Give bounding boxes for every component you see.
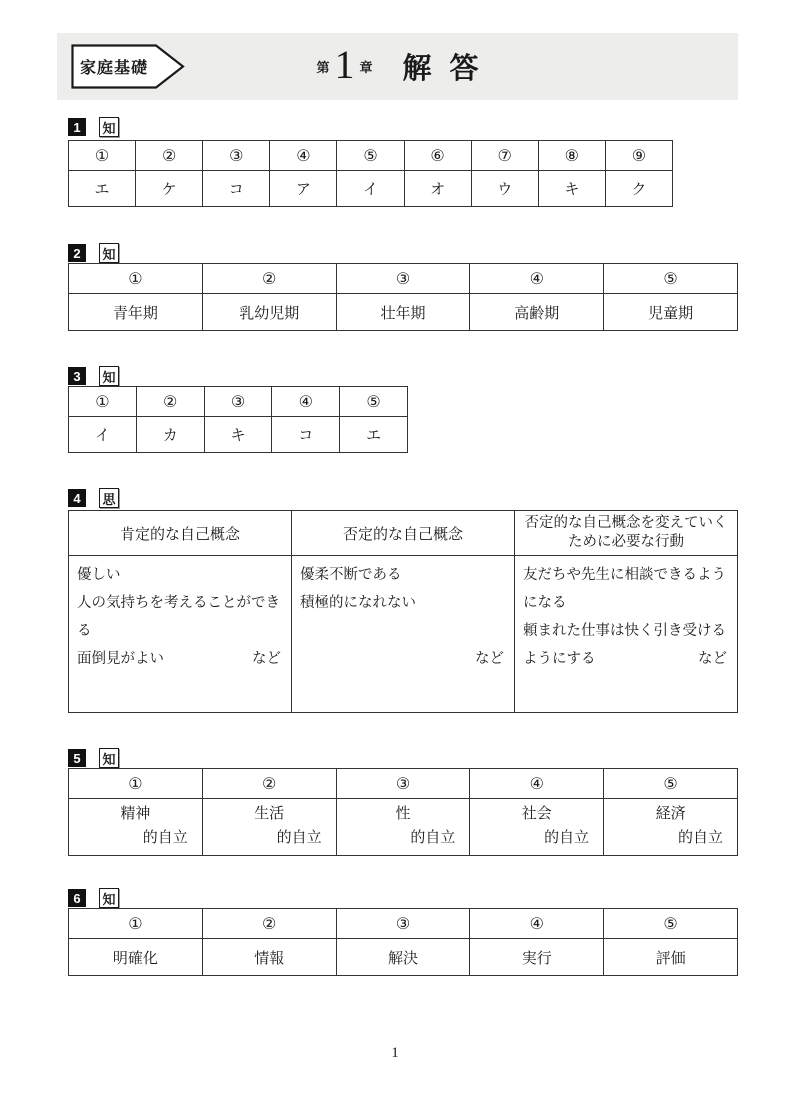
answer-line-text: 面倒見がよい (77, 645, 164, 673)
answer-suffix: 的自立 (217, 826, 322, 850)
section-1-label: 1 知 (68, 117, 119, 137)
table-3-header-row: ① ② ③ ④ ⑤ (69, 387, 408, 417)
answer-table-5: ① ② ③ ④ ⑤ 精神 的自立 生活 的自立 性 的自立 社会 的自立 (68, 768, 738, 856)
table-5-header-row: ① ② ③ ④ ⑤ (69, 769, 738, 799)
section-2-number: 2 (68, 244, 86, 262)
header-cell-negative-concept: 否定的な自己概念 (292, 511, 515, 556)
chapter-prefix: 第 (316, 57, 329, 76)
answer-cell: ア (270, 171, 337, 207)
answer-suffix: 的自立 (351, 826, 456, 850)
answer-cell: エ (340, 417, 408, 453)
answer-cell: カ (136, 417, 204, 453)
answer-cell: 青年期 (69, 294, 203, 331)
header-cell: ④ (272, 387, 340, 417)
answer-cell: 経済 的自立 (604, 799, 738, 856)
answer-cell: イ (69, 417, 137, 453)
section-6-number: 6 (68, 889, 86, 907)
header-cell: ② (202, 264, 336, 294)
answer-cell: ケ (136, 171, 203, 207)
answer-cell: コ (203, 171, 270, 207)
header-cell: ③ (204, 387, 272, 417)
header-action-line-1: 否定的な自己概念を変えていく (515, 514, 737, 533)
answer-cell: オ (404, 171, 471, 207)
header-cell: ⑥ (404, 141, 471, 171)
answer-word: 生活 (217, 802, 322, 826)
answer-line: 面倒見がよい など (77, 645, 283, 673)
answer-cell: コ (272, 417, 340, 453)
header-cell: ② (202, 769, 336, 799)
header-cell: ① (69, 387, 137, 417)
answer-cell: 評価 (604, 939, 738, 976)
answer-table-3: ① ② ③ ④ ⑤ イ カ キ コ エ (68, 386, 408, 453)
header-cell: ⑤ (604, 769, 738, 799)
section-5-number: 5 (68, 749, 86, 767)
header-cell: ① (69, 264, 203, 294)
section-4-label: 4 思 (68, 488, 119, 508)
section-2-tag: 知 (99, 243, 119, 263)
header-cell: ⑤ (604, 264, 738, 294)
answer-cell: ク (605, 171, 672, 207)
etc-label: など (698, 645, 729, 673)
header-cell: ③ (336, 264, 470, 294)
answer-word: 社会 (484, 802, 589, 826)
header-cell-action: 否定的な自己概念を変えていく ために必要な行動 (515, 511, 738, 556)
answer-word: 性 (351, 802, 456, 826)
header-cell: ⑤ (337, 141, 404, 171)
answer-cell: 乳幼児期 (202, 294, 336, 331)
header-cell: ⑦ (471, 141, 538, 171)
page-number: 1 (0, 1045, 790, 1062)
header-cell: ③ (336, 909, 470, 939)
answer-line: 優しい (77, 561, 283, 589)
chapter-heading: 第 1 章 解答 (57, 33, 738, 100)
answer-line (300, 617, 506, 645)
section-3-tag: 知 (99, 366, 119, 386)
answer-word: 経済 (618, 802, 723, 826)
header-band: 家庭基礎 第 1 章 解答 (57, 33, 738, 100)
section-6-tag: 知 (99, 888, 119, 908)
section-2-label: 2 知 (68, 243, 119, 263)
header-cell: ⑧ (538, 141, 605, 171)
answer-cell: ウ (471, 171, 538, 207)
answer-cell: 壮年期 (336, 294, 470, 331)
answer-line: 友だちや先生に相談できるよう (523, 561, 729, 589)
table-3-answer-row: イ カ キ コ エ (69, 417, 408, 453)
answer-suffix: 的自立 (484, 826, 589, 850)
answer-line: ようにする など (523, 645, 729, 673)
answer-cell: 高齢期 (470, 294, 604, 331)
answer-line-text: ようにする (523, 645, 596, 673)
answer-suffix: 的自立 (618, 826, 723, 850)
answer-cell: 生活 的自立 (202, 799, 336, 856)
etc-label: など (475, 645, 506, 673)
header-cell: ④ (470, 264, 604, 294)
section-5-tag: 知 (99, 748, 119, 768)
header-cell: ④ (470, 769, 604, 799)
header-cell-positive-concept: 肯定的な自己概念 (69, 511, 292, 556)
answer-suffix: 的自立 (83, 826, 188, 850)
answer-line: 人の気持ちを考えることができ (77, 589, 283, 617)
section-6-label: 6 知 (68, 888, 119, 908)
answer-cell: 社会 的自立 (470, 799, 604, 856)
table-2-answer-row: 青年期 乳幼児期 壮年期 高齢期 児童期 (69, 294, 738, 331)
negative-concept-cell: 優柔不断である 積極的になれない など (292, 556, 515, 713)
header-cell: ② (202, 909, 336, 939)
answer-cell: 解決 (336, 939, 470, 976)
answer-cell: イ (337, 171, 404, 207)
table-1-header-row: ① ② ③ ④ ⑤ ⑥ ⑦ ⑧ ⑨ (69, 141, 673, 171)
header-cell: ④ (270, 141, 337, 171)
answer-cell: キ (204, 417, 272, 453)
answer-table-4: 肯定的な自己概念 否定的な自己概念 否定的な自己概念を変えていく ために必要な行… (68, 510, 738, 713)
positive-concept-cell: 優しい 人の気持ちを考えることができ る 面倒見がよい など (69, 556, 292, 713)
header-cell: ⑤ (604, 909, 738, 939)
answer-cell: 情報 (202, 939, 336, 976)
table-5-answer-row: 精神 的自立 生活 的自立 性 的自立 社会 的自立 経済 的自立 (69, 799, 738, 856)
table-1-answer-row: エ ケ コ ア イ オ ウ キ ク (69, 171, 673, 207)
table-6-header-row: ① ② ③ ④ ⑤ (69, 909, 738, 939)
header-cell: ① (69, 909, 203, 939)
answer-line: る (77, 617, 283, 645)
answer-line: など (300, 645, 506, 673)
answer-cell: 精神 的自立 (69, 799, 203, 856)
answer-cell: エ (69, 171, 136, 207)
answer-line: になる (523, 589, 729, 617)
section-3-label: 3 知 (68, 366, 119, 386)
header-cell: ⑤ (340, 387, 408, 417)
header-action-line-2: ために必要な行動 (515, 533, 737, 552)
header-cell: ⑨ (605, 141, 672, 171)
answer-cell: キ (538, 171, 605, 207)
answer-word: 精神 (83, 802, 188, 826)
header-cell: ③ (336, 769, 470, 799)
answer-table-2: ① ② ③ ④ ⑤ 青年期 乳幼児期 壮年期 高齢期 児童期 (68, 263, 738, 331)
answer-cell: 児童期 (604, 294, 738, 331)
header-cell: ② (136, 387, 204, 417)
action-cell: 友だちや先生に相談できるよう になる 頼まれた仕事は快く引き受ける ようにする … (515, 556, 738, 713)
section-4-tag: 思 (99, 488, 119, 508)
answer-table-6: ① ② ③ ④ ⑤ 明確化 情報 解決 実行 評価 (68, 908, 738, 976)
header-cell: ③ (203, 141, 270, 171)
section-4-number: 4 (68, 489, 86, 507)
table-4-header-row: 肯定的な自己概念 否定的な自己概念 否定的な自己概念を変えていく ために必要な行… (69, 511, 738, 556)
answer-line: 頼まれた仕事は快く引き受ける (523, 617, 729, 645)
table-4-answer-row: 優しい 人の気持ちを考えることができ る 面倒見がよい など 優柔不断である 積… (69, 556, 738, 713)
answer-cell: 性 的自立 (336, 799, 470, 856)
etc-label: など (252, 645, 283, 673)
page-title: 解答 (403, 46, 497, 87)
header-cell: ④ (470, 909, 604, 939)
answer-line: 優柔不断である (300, 561, 506, 589)
answer-sheet-page: 家庭基礎 第 1 章 解答 1 知 ① ② ③ ④ ⑤ ⑥ ⑦ ⑧ ⑨ エ ケ … (0, 0, 790, 1117)
chapter-number: 1 (334, 45, 354, 85)
answer-table-1: ① ② ③ ④ ⑤ ⑥ ⑦ ⑧ ⑨ エ ケ コ ア イ オ ウ キ ク (68, 140, 673, 207)
table-6-answer-row: 明確化 情報 解決 実行 評価 (69, 939, 738, 976)
header-cell: ② (136, 141, 203, 171)
header-cell: ① (69, 769, 203, 799)
section-1-number: 1 (68, 118, 86, 136)
header-cell: ① (69, 141, 136, 171)
answer-cell: 明確化 (69, 939, 203, 976)
section-5-label: 5 知 (68, 748, 119, 768)
section-1-tag: 知 (99, 117, 119, 137)
chapter-suffix: 章 (359, 57, 372, 76)
section-3-number: 3 (68, 367, 86, 385)
answer-cell: 実行 (470, 939, 604, 976)
answer-line: 積極的になれない (300, 589, 506, 617)
table-2-header-row: ① ② ③ ④ ⑤ (69, 264, 738, 294)
